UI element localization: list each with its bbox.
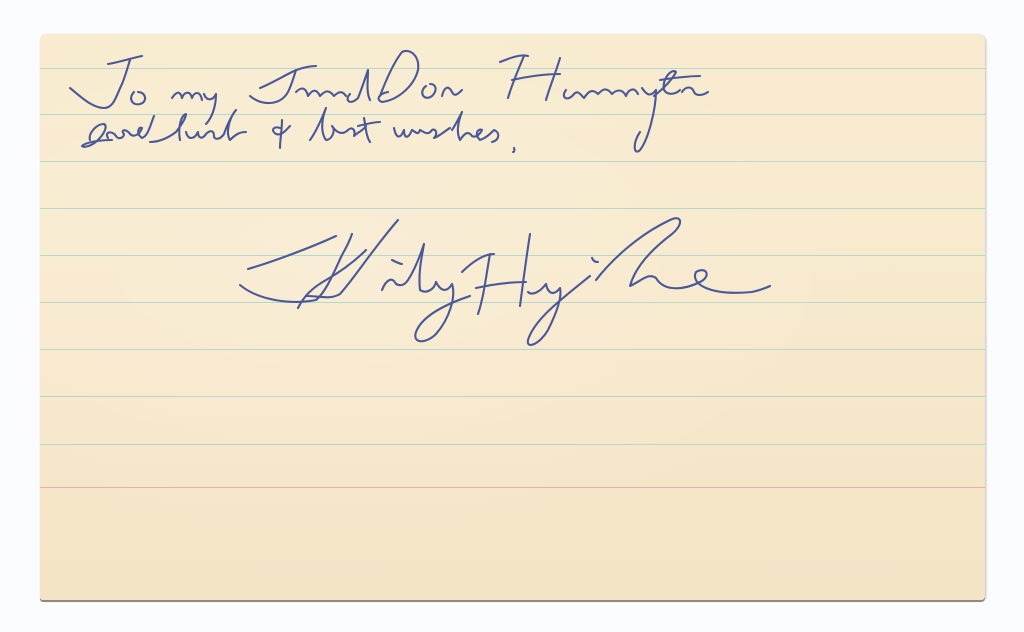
inscription-line-2: Good luck & best wishes. — [84, 112, 495, 150]
blue-rule-line — [40, 444, 985, 445]
inscription-line-1: To my Friend Don Harrington — [70, 56, 582, 96]
blue-rule-line — [40, 208, 985, 209]
blue-rule-line — [40, 349, 985, 350]
red-rule-line — [40, 487, 985, 488]
blue-rule-line — [40, 302, 985, 303]
photo-background: To my Friend Don Harrington Good luck & … — [0, 0, 1024, 632]
blue-rule-line — [40, 161, 985, 162]
blue-rule-line — [40, 396, 985, 397]
signature: Kirby Higbe — [240, 236, 571, 299]
